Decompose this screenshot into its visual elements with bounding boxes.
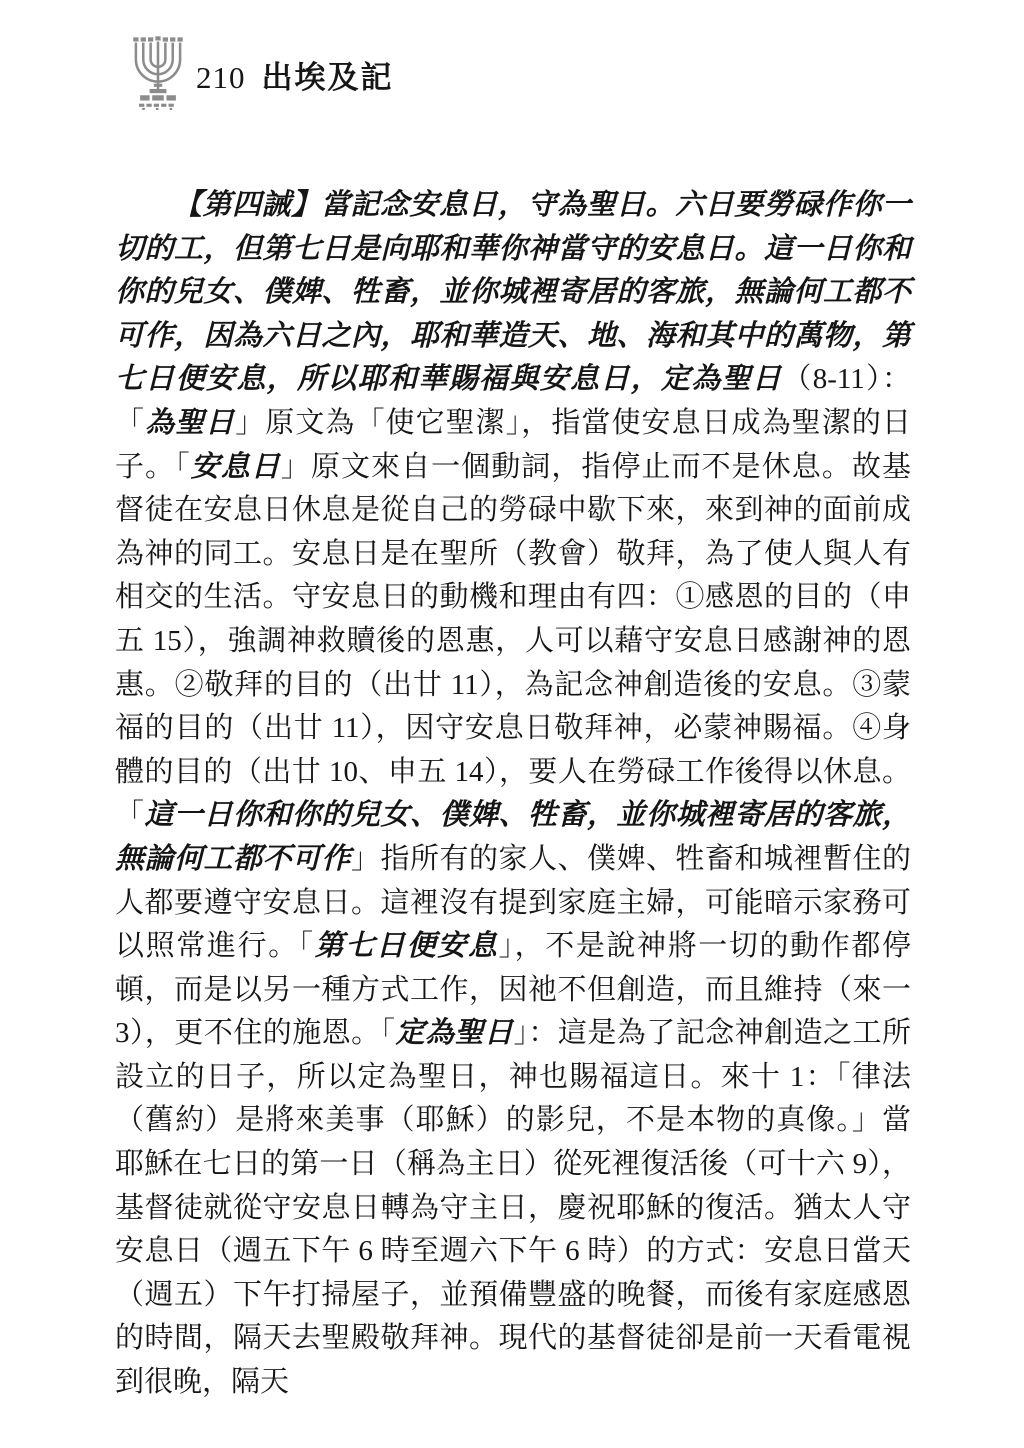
commentary-paragraph: 【第四誡】當記念安息日，守為聖日。六日要勞碌作你一切的工，但第七日是向耶和華你神… <box>115 184 911 1405</box>
page-number: 210 <box>196 60 246 96</box>
page-header: 210 出埃及記 <box>126 30 394 110</box>
commentary-text: 」原文來自一個動詞，指停止而不是休息。故基督徒在安息日休息是從自己的勞碌中歇下來… <box>115 451 911 832</box>
scripture-quote: 為聖日 <box>145 407 235 439</box>
commentary-text: 」：這是為了記念神創造之工所設立的日子，所以定為聖日，神也賜福這日。來十 1：「… <box>115 1017 911 1398</box>
book-title: 出埃及記 <box>262 52 394 97</box>
scripture-quote: 安息日 <box>191 451 281 483</box>
scripture-quote: 定為聖日 <box>396 1017 514 1049</box>
header-text: 210 出埃及記 <box>196 52 394 97</box>
scripture-quote: 第七日便安息 <box>315 930 499 962</box>
book-page: 210 出埃及記 【第四誡】當記念安息日，守為聖日。六日要勞碌作你一切的工，但第… <box>0 0 1024 1448</box>
menorah-icon <box>126 30 190 110</box>
